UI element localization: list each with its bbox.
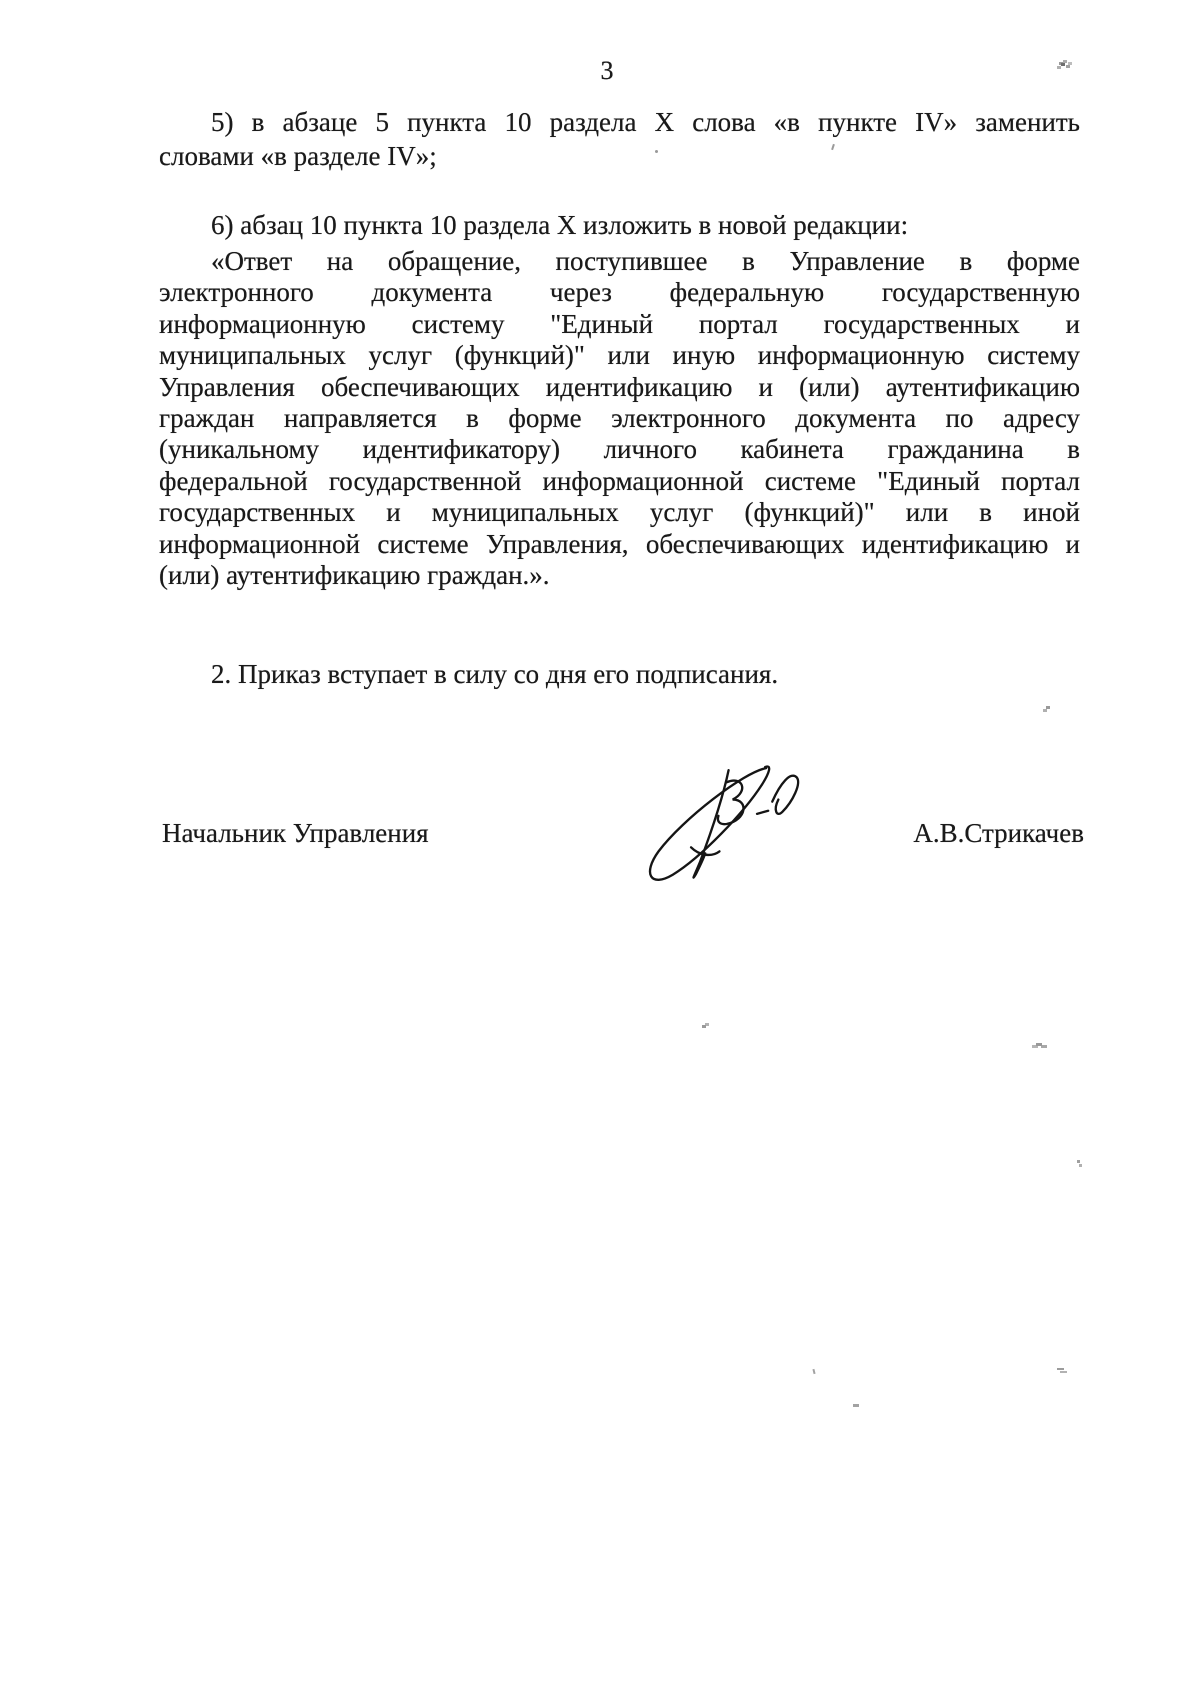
scan-noise-speck [1077, 1160, 1080, 1163]
text-line: словами «в разделе IV»; [159, 139, 1080, 173]
paragraph-6-intro: 6) абзац 10 пункта 10 раздела Х изложить… [159, 210, 1080, 241]
text-line: федеральной государственной информационн… [159, 466, 1080, 497]
document-page: 3 5) в абзаце 5 пункта 10 раздела Х слов… [0, 0, 1200, 1697]
page-number: 3 [0, 56, 1200, 86]
text-line: 6) абзац 10 пункта 10 раздела Х изложить… [159, 210, 1080, 241]
scan-noise-speck [1036, 1043, 1042, 1046]
handwritten-signature-icon [638, 760, 806, 892]
text-line: 2. Приказ вступает в силу со дня его под… [159, 659, 1080, 690]
text-line: граждан направляется в форме электронног… [159, 403, 1080, 434]
scan-noise-speck [853, 1404, 859, 1407]
text-line: электронного документа через федеральную… [159, 277, 1080, 308]
text-line: (или) аутентификацию граждан.». [159, 560, 1080, 591]
text-line: «Ответ на обращение, поступившее в Управ… [159, 246, 1080, 277]
scan-noise-speck [1046, 706, 1050, 709]
signatory-title: Начальник Управления [162, 818, 429, 849]
text-line: (уникальному идентификатору) личного каб… [159, 434, 1080, 465]
paragraph-2: 2. Приказ вступает в силу со дня его под… [159, 659, 1080, 690]
text-line: государственных и муниципальных услуг (ф… [159, 497, 1080, 528]
scan-noise-speck [1061, 63, 1065, 66]
signature-row: Начальник Управления А.В.Стрикачев [162, 818, 1084, 849]
quoted-paragraph: «Ответ на обращение, поступившее в Управ… [159, 246, 1080, 591]
signatory-name: А.В.Стрикачев [913, 818, 1084, 849]
scan-noise-speck [702, 1025, 706, 1028]
scan-noise-speck [1057, 1368, 1064, 1370]
scan-noise-speck [655, 150, 658, 153]
scan-noise-speck [812, 1369, 815, 1374]
text-line: информационной системе Управления, обесп… [159, 529, 1080, 560]
text-line: Управления обеспечивающих идентификацию … [159, 372, 1080, 403]
scan-noise-speck [700, 547, 703, 550]
text-line: информационную систему "Единый портал го… [159, 309, 1080, 340]
text-line: муниципальных услуг (функций)" или иную … [159, 340, 1080, 371]
text-line: 5) в абзаце 5 пункта 10 раздела Х слова … [159, 105, 1080, 139]
paragraph-5: 5) в абзаце 5 пункта 10 раздела Х слова … [159, 105, 1080, 173]
